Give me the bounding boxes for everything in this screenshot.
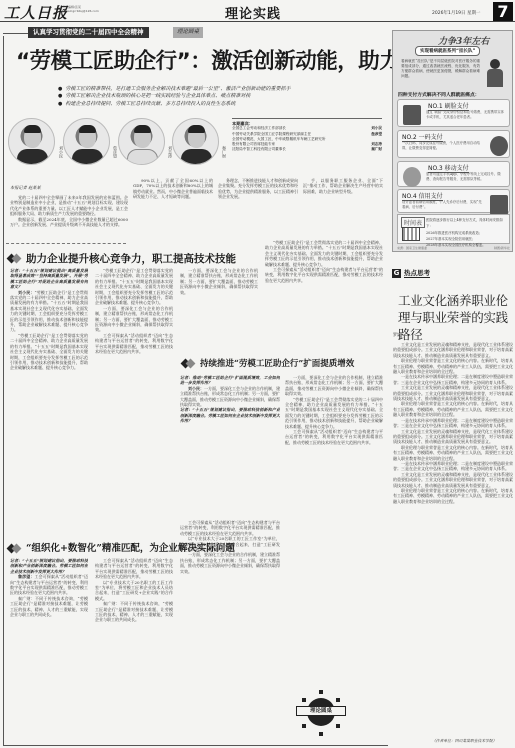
- round-table-logo: 理论圆桌: [296, 690, 346, 740]
- portrait-photo: [172, 118, 219, 165]
- article-column: 工会可探索从“活动组织者”迈向“生态构建者与平台运营者”的转变，利用数字化平台实…: [95, 558, 173, 738]
- section-title: 理论实践: [225, 3, 281, 22]
- column-tag-icon: G: [392, 269, 401, 278]
- section-heading: 助力企业提升核心竞争力，职工提高技术技能: [8, 251, 236, 266]
- article-column: 一方面，要深化工会与企业的合作机制，建立精准帮扶台账，形成常态化工作机制；另一方…: [285, 375, 383, 675]
- article-column: “劳模工匠助企行”是工会贯彻落实党的二十届四中全会精神、助力企业高质量发展的有力…: [95, 268, 173, 518]
- intro-text: 党的二十届四中全会擘画了未来5年我国发展的宏伟蓝图。企业特别是制造业中小企业，是…: [10, 195, 128, 240]
- portrait-caption: 秦广财: [221, 146, 227, 158]
- kicker-tag: 理论圆桌: [173, 27, 203, 38]
- page-number: 7: [493, 2, 513, 21]
- article-column: 90%以上，贡献了全国60%以上的GDP，70%以上的技术创新和80%以上的城镇…: [133, 178, 213, 240]
- article-column: 务理念，不断推进技能人才和创新成果向企业集聚。充分发挥劳模工匠的技术优势和经验优…: [218, 178, 298, 240]
- opinion-author: 罗某: [393, 332, 401, 338]
- masthead: 工人日报 责任编辑/张某 E-mail:grrbllsj@126.com 理论实…: [0, 0, 515, 22]
- guest-row: 沈阳局中智工科技有限公司董事长秦广财: [232, 147, 382, 152]
- masthead-meta: 责任编辑/张某 E-mail:grrbllsj@126.com: [62, 5, 99, 13]
- article-column: 手，以服务职工服务企业、全面“下沉”推动工作，帮助企业解决生产经营中的实际困难，…: [303, 178, 383, 240]
- diamond-bullet-icon: [182, 359, 196, 369]
- patient-icon: [490, 136, 508, 156]
- infographic-section-label: 四种支付方式解决不同人群就医痛点：: [398, 91, 480, 98]
- column-tag: G热点思考: [392, 268, 430, 278]
- calendar-icon: [402, 227, 420, 241]
- infographic-subtitle: 实现看病就医系列“挂长队”: [415, 46, 480, 56]
- infographic-intro: 看病就医“挂长队”是不同层级医院对医疗服务的重要组成部分，通过改善就医流程、优化…: [401, 59, 481, 79]
- timeline-box: 时间表 医院将逐步推行以上4种支付方式，具体时间安排如下： 2026年推进医疗机…: [397, 214, 510, 244]
- payment-method-card: NO.2 一码支付 一次扫码、同步完成挂号缴费，个人医疗费用自动结算，让缴费变得…: [397, 130, 510, 158]
- issue-date: 2026年1月19日 星期一: [432, 10, 480, 16]
- doctor-illustration-icon: [485, 59, 505, 89]
- payment-method-card: NO.3 移动支付 患者可通过手机App、小程序等线上完成挂号、缴费、查询报告等…: [397, 161, 510, 187]
- round-table-label: 理论圆桌: [296, 706, 346, 716]
- portrait-photo: [8, 118, 55, 165]
- diamond-bullet-icon: [8, 544, 22, 554]
- section-divider: [6, 243, 126, 244]
- phone-icon: [403, 105, 421, 125]
- opinion-body: 工业文化是工业发展的灵魂和精神支柱，是现代化工业体系建设的重要组成部分。工业文化…: [393, 342, 513, 736]
- feature-summary-bullets: 劳模工匠的精准帮扶，是打通工会服务企业解决技术难题“最后一公里”、激活产业创新动…: [58, 86, 291, 108]
- opinion-headline: 工业文化涵养职业伦理与职业荣誉的实践路径: [398, 292, 512, 343]
- payment-infographic: 力争3年左右 实现看病就医系列“挂长队” 看病就医“挂长队”是不同层级医院对医疗…: [392, 30, 513, 252]
- infographic-credit: 来源：国家卫生健康委 制图/新华社: [397, 246, 510, 250]
- article-column: “劳模工匠助企行”是工会贯彻落实党的二十届四中全会精神、助力企业高质量发展的有力…: [265, 240, 383, 350]
- summary-bullet: 劳模工匠解决企业技术瓶颈的核心是把一线实践经验与企业具体难点、痛点精准对接: [58, 93, 291, 100]
- article-column: 记者：推动“劳模工匠助企行”扩面提质增效，工会如何进一步发挥作用？ 刘小民：一方…: [180, 375, 280, 520]
- byline: 本报记者 赵某某: [10, 185, 41, 191]
- diamond-bullet-icon: [8, 254, 22, 264]
- kicker-rule: [3, 33, 28, 34]
- portrait-caption: 詹彦望: [112, 146, 118, 158]
- timeline-list: 医院将逐步推行以上4种支付方式，具体时间安排如下： 2026年推进医疗机构完成系…: [426, 217, 508, 248]
- portrait-photo: [63, 118, 110, 165]
- payment-method-card: NO.1 刷脸支付 通过“刷脸”完成身份验证和挂号缴费，无需携带实体卡或手机，尤…: [397, 99, 510, 127]
- article-column: 工会可探索从“活动组织者”迈向“生态构建者与平台运营者”的转变，利用数字化平台实…: [180, 520, 280, 738]
- article-column: 一方面，要深化工会与企业的合作机制，建立精准帮扶台账，形成常态化工作机制；另一方…: [180, 268, 258, 350]
- portrait-photo: [118, 118, 165, 165]
- guest-portraits: 刘小民 詹彦望 刘志涛 秦广财: [8, 118, 228, 173]
- summary-bullet: 构建企业总持续提问、劳模工匠总持续贡献、多方总持续投入的良性生态系统: [58, 101, 291, 108]
- author-affiliation: （作者单位：四川某某职业技术学院）: [432, 738, 497, 744]
- wheelchair-icon: [490, 195, 508, 215]
- payment-method-card: NO.4 信用支付 设计患者看病信用额度，个人先诊疗后付费，实现“先看病、后付费…: [397, 189, 510, 213]
- kicker-banner: 认真学习贯彻党的二十届四中全会精神: [28, 27, 149, 38]
- article-column: 记者：“十五五”规划建议指出，要推动科技创新和产业创新深度融合。劳模工匠如何在企…: [10, 558, 88, 738]
- section-heading: 持续推进“劳模工匠助企行”扩面提质增效: [182, 357, 354, 369]
- woman-phone-icon: [403, 167, 421, 187]
- newspaper-logo: 工人日报: [4, 2, 68, 23]
- guest-list: 本期嘉宾： 全国总工会劳动和经济工作部部长刘小民 中国劳动关系学院全国工匠学院课…: [232, 118, 382, 153]
- article-column: 记者：“十五五”规划建议提出“高质量发展取得显著成效”“坚持高质量发展”。开展“…: [10, 268, 88, 518]
